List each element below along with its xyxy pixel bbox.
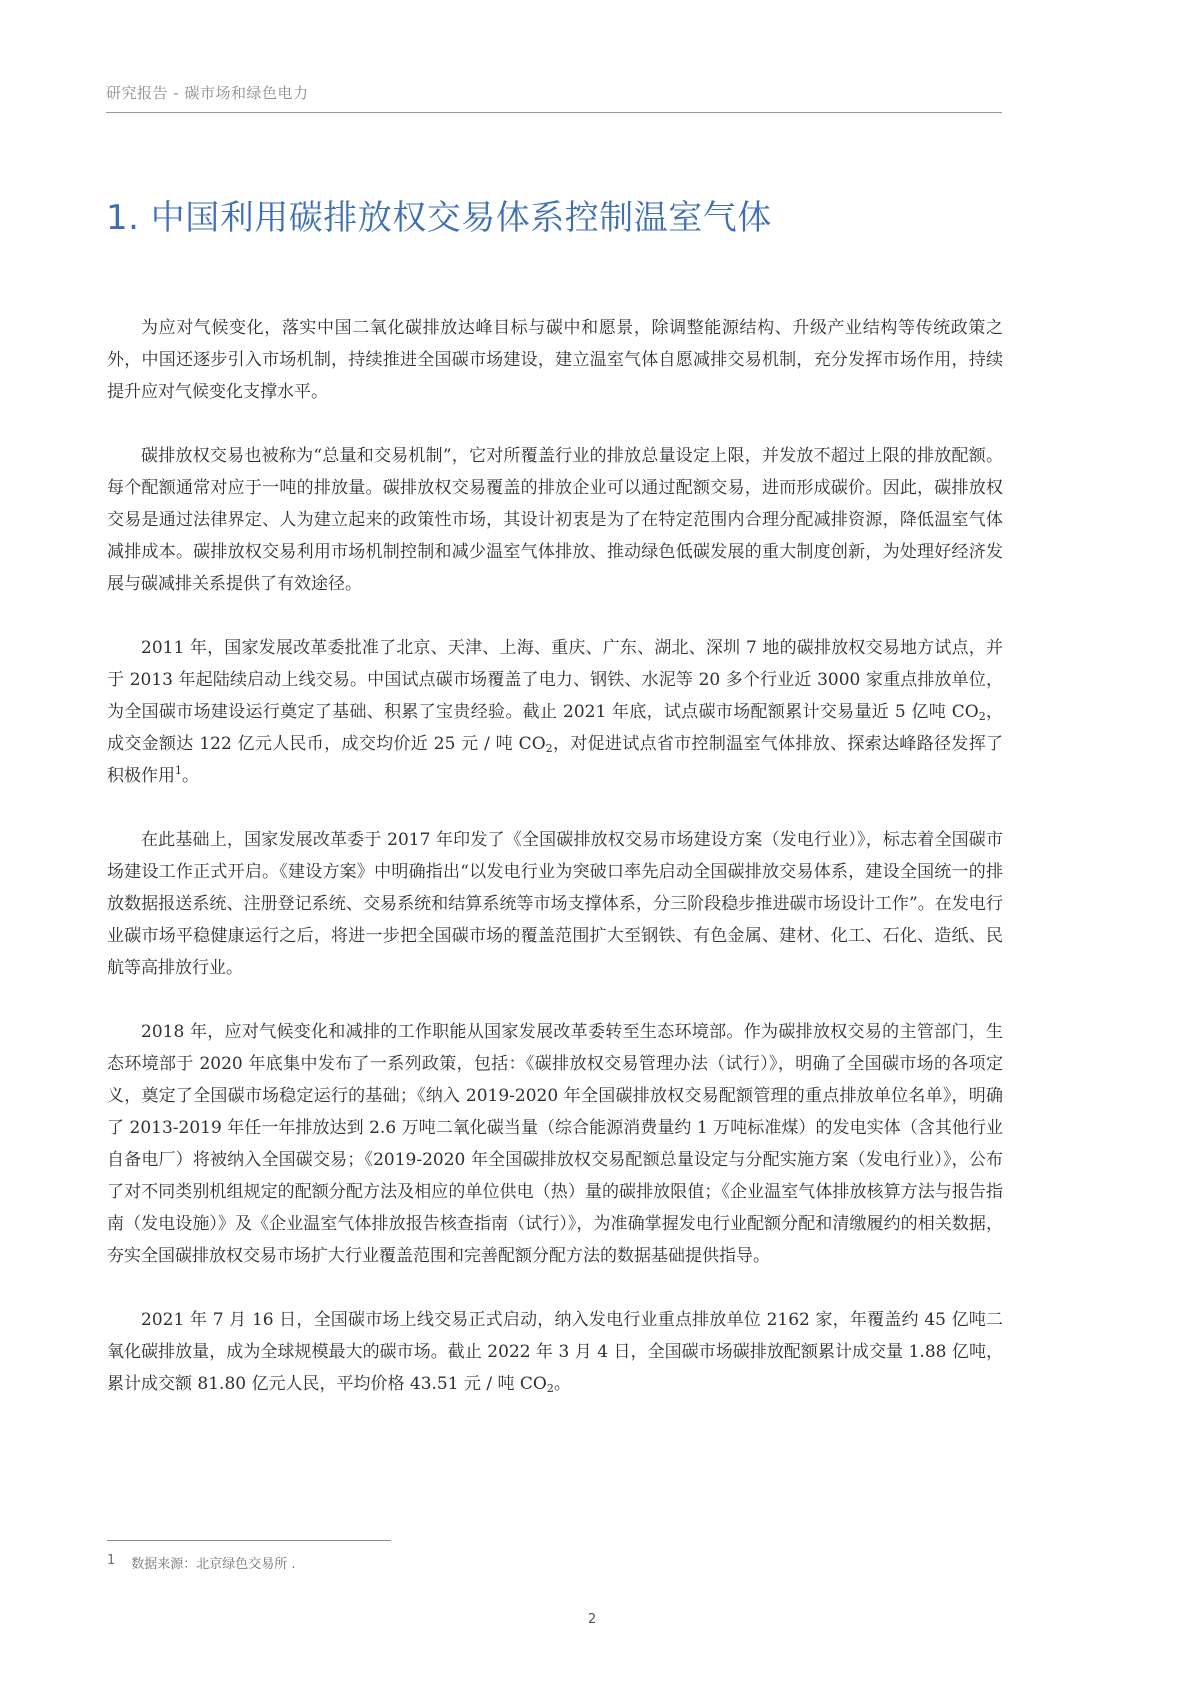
paragraph-national-market-launch: 2021 年 7 月 16 日，全国碳市场上线交易正式启动，纳入发电行业重点排放… [107, 1304, 1003, 1400]
paragraph-intro: 为应对气候变化，落实中国二氧化碳排放达峰目标与碳中和愿景，除调整能源结构、升级产… [107, 312, 1003, 408]
paragraph-cap-and-trade: 碳排放权交易也被称为“总量和交易机制”，它对所覆盖行业的排放总量设定上限，并发放… [107, 440, 1003, 600]
running-header: 研究报告 - 碳市场和绿色电力 [106, 82, 308, 103]
section-title: 1. 中国利用碳排放权交易体系控制温室气体 [106, 190, 772, 239]
page-number: 2 [588, 1612, 596, 1627]
footnote-divider [107, 1540, 391, 1541]
subscript: 2 [979, 710, 986, 723]
footnote: 1 数据来源：北京绿色交易所 . [107, 1553, 296, 1572]
paragraph-pilot-markets: 2011 年，国家发展改革委批准了北京、天津、上海、重庆、广东、湖北、深圳 7 … [107, 632, 1003, 792]
subscript: 2 [546, 742, 553, 755]
footnote-reference[interactable]: 1 [175, 764, 182, 777]
text-segment: 。 [554, 1374, 571, 1394]
text-segment: 。 [182, 766, 199, 786]
footnote-number: 1 [107, 1553, 115, 1572]
paragraph-2017-plan: 在此基础上，国家发展改革委于 2017 年印发了《全国碳排放权交易市场建设方案（… [107, 824, 1003, 984]
body-text: 为应对气候变化，落实中国二氧化碳排放达峰目标与碳中和愿景，除调整能源结构、升级产… [107, 312, 1003, 1432]
header-divider [106, 112, 1002, 113]
subscript: 2 [547, 1382, 554, 1395]
footnote-text: 数据来源：北京绿色交易所 . [131, 1553, 295, 1572]
text-segment: 2011 年，国家发展改革委批准了北京、天津、上海、重庆、广东、湖北、深圳 7 … [107, 638, 1003, 722]
paragraph-2018-policies: 2018 年，应对气候变化和减排的工作职能从国家发展改革委转至生态环境部。作为碳… [107, 1016, 1003, 1272]
